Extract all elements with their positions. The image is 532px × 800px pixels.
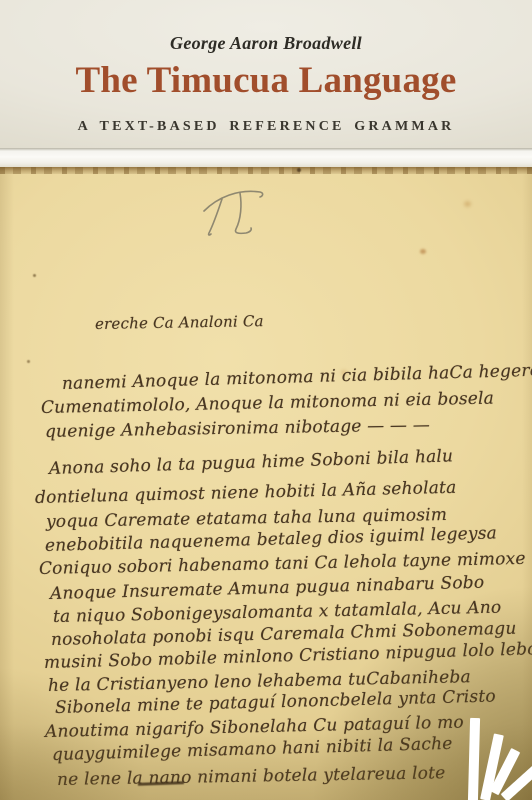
book-subtitle: A TEXT-BASED REFERENCE GRAMMAR [0,119,532,135]
page-edge-strip [0,148,532,167]
falling-book-bar-icon [468,718,480,800]
book-title: The Timucua Language [0,60,532,102]
book-cover: George Aaron Broadwell The Timucua Langu… [0,0,532,800]
foxing-spot [420,249,426,254]
manuscript-line: Cumenatimololo, Anoque la mitonoma ni ei… [41,389,494,418]
foxing-spot [464,201,471,207]
foxing-spot [33,274,36,277]
manuscript-line: Anona soho la ta pugua hime Soboni bila … [49,446,454,479]
author-name: George Aaron Broadwell [0,33,532,54]
manuscript-line: quenige Anhebasisironima nibotage — — — [45,415,430,442]
tc-monogram-pencil-mark-icon [200,181,272,247]
manuscript-line: dontieluna quimost niene hobiti la Aña s… [35,478,457,508]
manuscript-line: ne lene la nano nimani botela ytelareua … [57,763,446,790]
manuscript-photo: ereche Ca Analoni Ca nanemi Anoque la mi… [0,167,532,800]
manuscript-line: ereche Ca Analoni Ca [95,312,264,333]
cover-title-band: George Aaron Broadwell The Timucua Langu… [0,0,532,148]
crossed-out-word-mark [138,781,184,791]
paper-deckled-top-edge [0,167,532,174]
foxing-spot [27,360,30,363]
